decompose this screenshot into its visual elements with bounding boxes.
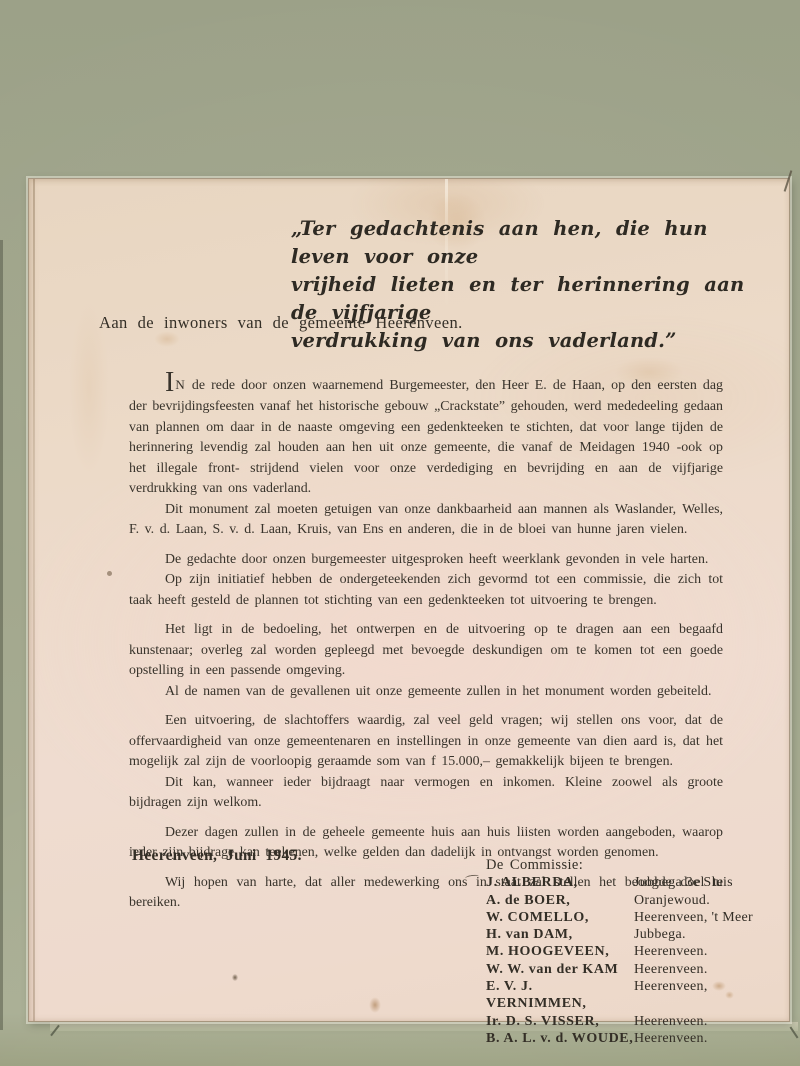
member-name: M. HOOGEVEEN, [486, 943, 634, 960]
stain [232, 974, 238, 981]
commission-row: Ir. D. S. VISSER, Heerenveen. [486, 1013, 753, 1030]
member-name: H. van DAM, [486, 926, 634, 943]
member-place: Heerenveen. [634, 1030, 708, 1047]
paragraph: De gedachte door onzen burgemeester uitg… [129, 550, 723, 571]
photo-edge-shadow [0, 240, 3, 1030]
member-name: Ir. D. S. VISSER, [486, 1013, 634, 1030]
memorial-quote: „Ter gedachtenis aan hen, die hun leven … [291, 215, 763, 355]
commission-row: W. COMELLO, Heerenveen, 't Meer [486, 909, 753, 926]
member-name: W. W. van der KAM [486, 961, 634, 978]
commission-row: B. A. L. v. d. WOUDE, Heerenveen. [486, 1030, 753, 1047]
member-place: Heerenveen. [634, 943, 708, 960]
quote-line: „Ter gedachtenis aan hen, die hun leven … [291, 215, 763, 271]
body-text: IN de rede door onzen waarnemend Burgeme… [129, 369, 723, 914]
salutation: Aan de inwoners van de gemeente Heerenve… [99, 313, 463, 333]
paragraph: Dit monument zal moeten getuigen van onz… [129, 500, 723, 541]
member-place: Jubbega 3e Sluis [634, 874, 733, 891]
paragraph: Dit kan, wanneer ieder bijdraagt naar ve… [129, 773, 723, 814]
member-name: W. COMELLO, [486, 909, 634, 926]
member-name: E. V. J. VERNIMMEN, [486, 978, 634, 1013]
member-place: Heerenveen. [634, 961, 708, 978]
fold-line [33, 179, 35, 1021]
stain [154, 331, 180, 347]
paragraph-opening: IN de rede door onzen waarnemend Burgeme… [129, 369, 723, 500]
photograph-of-document: { "colors": { "mat": "#a2a78d", "paper":… [0, 0, 800, 1066]
member-name: J. ALBERDA, [486, 874, 634, 891]
paragraph: Een uitvoering, de slachtoffers waardig,… [129, 711, 723, 773]
paragraph-text: de rede door onzen waarnemend Burgemeest… [129, 378, 723, 496]
commission-row: W. W. van der KAM Heerenveen. [486, 961, 753, 978]
commission-row: J. ALBERDA, Jubbega 3e Sluis [486, 874, 753, 891]
commission-row: A. de BOER, Oranjewoud. [486, 892, 753, 909]
commission-row: H. van DAM, Jubbega. [486, 926, 753, 943]
member-name: A. de BOER, [486, 892, 634, 909]
commission-row: M. HOOGEVEEN, Heerenveen. [486, 943, 753, 960]
commission-list: De Commissie: J. ALBERDA, Jubbega 3e Slu… [486, 857, 753, 1047]
document-paper: „Ter gedachtenis aan hen, die hun leven … [28, 178, 790, 1022]
drop-cap-second-letter: N [175, 377, 185, 392]
drop-cap: I [165, 367, 175, 398]
commission-header: De Commissie: [486, 857, 753, 874]
member-place: Oranjewoud. [634, 892, 710, 909]
dateline: Heerenveen, Juni 1945. [132, 847, 302, 865]
paragraph: Al de namen van de gevallenen uit onze g… [129, 682, 723, 703]
member-place: Heerenveen, 't Meer [634, 909, 753, 926]
paragraph: Op zijn initiatief hebben de ondergeteek… [129, 570, 723, 611]
member-place: Heerenveen, [634, 978, 708, 1013]
paragraph: Het ligt in de bedoeling, het ontwerpen … [129, 620, 723, 682]
member-place: Heerenveen. [634, 1013, 708, 1030]
stain [369, 997, 381, 1013]
member-place: Jubbega. [634, 926, 686, 943]
member-name: B. A. L. v. d. WOUDE, [486, 1030, 634, 1047]
commission-row: E. V. J. VERNIMMEN, Heerenveen, [486, 978, 753, 1013]
stain [107, 571, 112, 576]
